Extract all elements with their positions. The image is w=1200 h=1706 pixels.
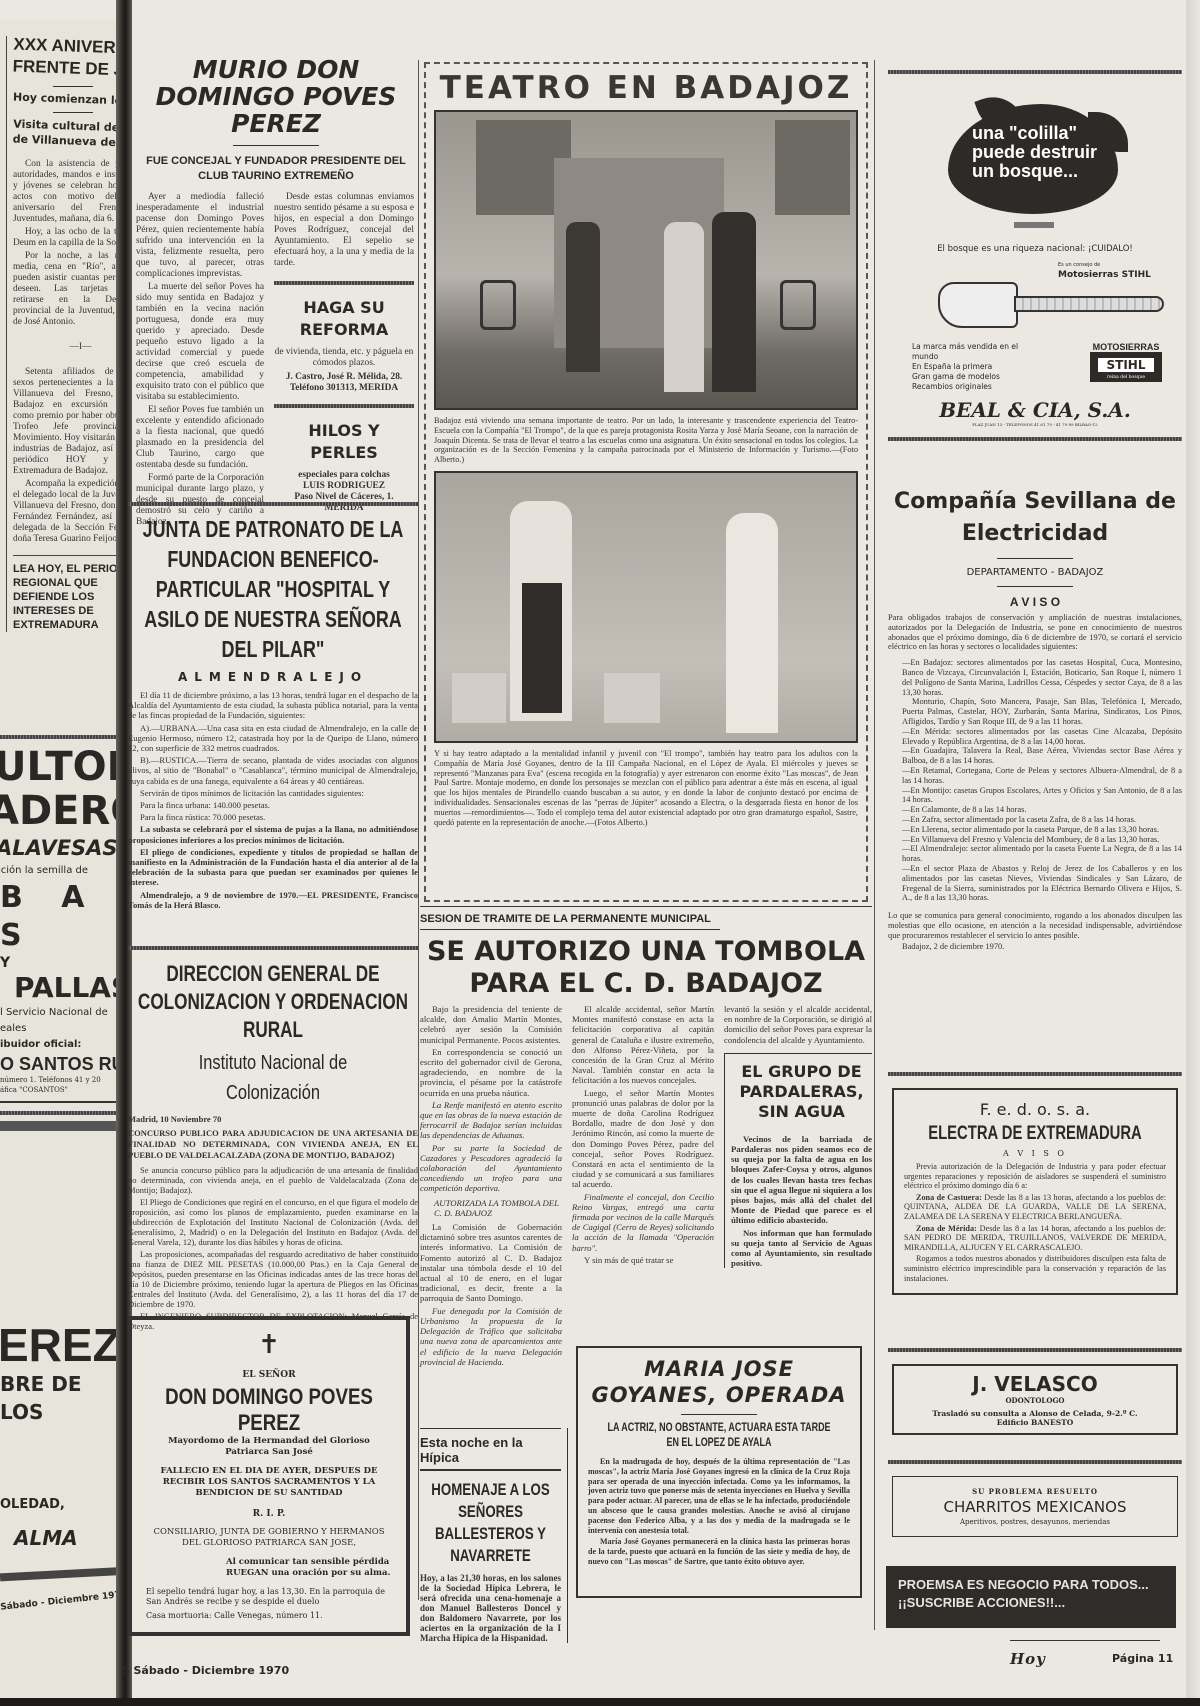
tombola-article: SESION DE TRAMITE DE LA PERMANENTE MUNIC… — [420, 906, 872, 1369]
aniversario-kicker: Hoy comienzan los actos — [13, 91, 120, 109]
fedosa-notice: F. e. d. o. s. a. ELECTRA DE EXTREMADURA… — [888, 1072, 1182, 1295]
page-number: Página 11 — [1112, 1652, 1173, 1665]
left-bottom-fragment: EREZ BRE DE LOS OLEDAD, ALMA Sábado - Di… — [0, 1320, 120, 1606]
divider — [681, 1414, 757, 1415]
footer-rule — [1010, 1640, 1160, 1641]
divider — [128, 502, 418, 506]
poves-columns: Ayer a mediodía falleció inesperadamente… — [136, 192, 416, 530]
aniversario-subhead: Visita cultural de jóvenes de Villanueva… — [13, 117, 120, 152]
pardaleras-article: EL GRUPO DE PARDALERAS, SIN AGUA Vecinos… — [724, 1053, 872, 1269]
goyanes-subhead: LA ACTRIZ, NO OBSTANTE, ACTUARA ESTA TAR… — [601, 1421, 837, 1451]
junta-article: JUNTA DE PATRONATO DE LA FUNDACION BENEF… — [128, 502, 418, 912]
paragraph: Por su parte la Sociedad de Cazadores y … — [420, 1143, 562, 1194]
sevillana-headline: Compañía Sevillana de Electricidad — [888, 486, 1182, 550]
ad-fragment-text: ADERO — [0, 789, 120, 833]
list-item: —En Montijo: casetas Grupos Escolares, A… — [902, 786, 1182, 806]
paragraph: Ayer a mediodía falleció inesperadamente… — [136, 192, 264, 280]
chair — [480, 280, 516, 330]
list-item: —En Mérida: sectores alimentados por las… — [902, 727, 1182, 747]
theater-photo-2 — [434, 471, 858, 743]
fragment-text: EREZ — [0, 1320, 120, 1370]
list-item: —En Zafra, sector alimentado por la case… — [902, 815, 1182, 825]
velasco-box: J. VELASCO ODONTOLOGO Trasladó su consul… — [892, 1364, 1178, 1435]
goyanes-body: En la madrugada de hoy, después de la úl… — [588, 1457, 850, 1567]
junta-headline: JUNTA DE PATRONATO DE LA FUNDACION BENEF… — [137, 514, 410, 664]
paragraph: A).—URBANA.—Una casa sita en esta ciudad… — [128, 723, 418, 754]
ad-fragment-text: B A S — [0, 879, 120, 955]
lea-hoy-box: LEA HOY, EL PERIODICO REGIONAL QUE DEFIE… — [13, 555, 120, 632]
list-item: Monturio, Chapín, Soto Mancera, Pasaje, … — [902, 697, 1182, 726]
tombola-columns: Bajo la presidencia del teniente de alca… — [420, 1004, 872, 1369]
paragraph: En correspondencia se conoció un escrito… — [420, 1047, 562, 1098]
teatro-section: TEATRO EN BADAJOZ Badajoz está viviendo … — [424, 62, 868, 902]
aniversario-headline: XXX ANIVERSARIO DEL FRENTE DE JUVENTUDES — [12, 34, 120, 83]
paragraph: Hoy, a las ocho de la tarde, Te Deum en … — [13, 227, 120, 249]
separator: —I— — [13, 342, 120, 353]
paragraph: La subasta se celebrará por el sistema d… — [128, 824, 418, 844]
ad-fragment-text: ición la semilla de — [0, 863, 120, 879]
colonizacion-headline: DIRECCION GENERAL DE COLONIZACION Y ORDE… — [137, 960, 410, 1044]
paragraph: Por la noche, a las nueve y media, cena … — [13, 251, 120, 328]
colonizacion-title: CONCURSO PUBLICO PARA ADJUDICACION DE UN… — [128, 1128, 418, 1161]
chainsaw-graphic: Es un consejo de Motosierras STIHL — [888, 260, 1182, 338]
proemsa-ad: PROEMSA ES NEGOCIO PARA TODOS... ¡¡SUSCR… — [886, 1566, 1176, 1628]
paragraph: El alcalde accidental, señor Martín Mont… — [572, 1004, 714, 1086]
dealer: BEAL & CIA, S.A. PLAZ JUAN 13 - TELEFONO… — [888, 398, 1182, 427]
fedosa-box: F. e. d. o. s. a. ELECTRA DE EXTREMADURA… — [892, 1088, 1178, 1295]
hilos-text: especiales para colchas — [274, 470, 414, 481]
left-page-strip: XXX ANIVERSARIO DEL FRENTE DE JUVENTUDES… — [0, 20, 120, 1700]
hilos-name: LUIS RODRIGUEZ — [274, 481, 414, 492]
divider — [128, 946, 418, 950]
colonizacion-subhead: Instituto Nacional de Colonización — [154, 1048, 392, 1108]
feature-item: Recambios originales — [912, 382, 1022, 392]
list-item: —En el sector Plaza de Abastos y Reloj d… — [902, 864, 1182, 903]
sevillana-closing: Lo que se comunica para general conocimi… — [888, 911, 1182, 940]
stihl-features: La marca más vendida en el mundo En Espa… — [912, 342, 1022, 392]
paragraph: Nos informan que han formulado su queja … — [731, 1228, 872, 1269]
dealer-address: PLAZ JUAN 13 - TELEFONOS 41 61 75 - 41 7… — [888, 422, 1182, 427]
paragraph: Y sin más de qué tratar se — [572, 1255, 714, 1265]
ad-fragment-text: ULTOR- — [0, 745, 120, 789]
column-divider — [418, 60, 419, 1600]
dealer-name: BEAL & CIA, S.A. — [888, 398, 1182, 422]
paragraph: La Renfe manifestó en atento escrito que… — [420, 1100, 562, 1141]
poves-col2: Desde estas columnas enviamos nuestro se… — [274, 192, 414, 530]
stihl-logo: MOTOSIERRAS STIHL reina del bosque — [1090, 342, 1162, 392]
poves-col1: Ayer a mediodía falleció inesperadamente… — [136, 192, 264, 530]
logo-top: MOTOSIERRAS — [1090, 342, 1162, 352]
paragraph: Rogamos a todos nuestros abonados y dist… — [904, 1254, 1166, 1283]
esquela-family: CONSILIARIO, JUNTA DE GOBIERNO Y HERMANO… — [146, 1527, 392, 1549]
reforma-ad: HAGA SU REFORMA de vivienda, tienda, etc… — [274, 285, 414, 404]
paragraph: La Comisión de Gobernación dictaminó sob… — [420, 1222, 562, 1304]
fedosa-body: Previa autorización de la Delegación de … — [904, 1162, 1166, 1283]
flame-graphic: una "colilla" puede destruir un bosque..… — [888, 94, 1182, 244]
logo-box: STIHL reina del bosque — [1090, 352, 1162, 382]
actress-figure — [726, 513, 778, 733]
esquela-role: Mayordomo de la Hermandad del Glorioso P… — [146, 1436, 392, 1458]
ad-fragment-text: eales — [0, 1021, 120, 1037]
paragraph: El señor Poves fue también un excelente … — [136, 405, 264, 471]
divider — [420, 1469, 561, 1471]
sevillana-intro: Para obligados trabajos de conservación … — [888, 613, 1182, 652]
esquela-name: DON DOMINGO POVES PEREZ — [147, 1384, 390, 1436]
paragraph: Setenta afiliados de ambos sexos pertene… — [13, 367, 120, 477]
ad-fragment-text: número 1. Teléfonos 41 y 20 — [0, 1075, 120, 1085]
tombola-headline: SE AUTORIZO UNA TOMBOLA PARA EL C. D. BA… — [420, 936, 872, 1000]
tombola-kicker: SESION DE TRAMITE DE LA PERMANENTE MUNIC… — [420, 907, 720, 930]
paragraph: Bajo la presidencia del teniente de alca… — [420, 1004, 562, 1045]
stage-block — [452, 673, 506, 723]
fragment-text: ALMA — [14, 1524, 120, 1552]
paragraph: Fue denegada por la Comisión de Urbanism… — [420, 1306, 562, 1367]
sevillana-dept: DEPARTAMENTO - BADAJOZ — [888, 567, 1182, 578]
cross-icon: ✝ — [146, 1330, 392, 1360]
logo-sub: reina del bosque — [1090, 375, 1162, 380]
pardaleras-body: Vecinos de la barriada de Pardaleras nos… — [731, 1134, 872, 1269]
stage-block — [604, 673, 660, 723]
tombola-col2: El alcalde accidental, señor Martín Mont… — [572, 1004, 714, 1369]
list-item: —En Calamonte, de 8 a las 14 horas. — [902, 805, 1182, 815]
left-ad-fragment: ULTOR- ADERO ALAVESAS ición la semilla d… — [0, 735, 120, 1131]
teatro-caption-1: Badajoz está viviendo una semana importa… — [434, 416, 858, 465]
charritos-kicker: SU PROBLEMA RESUELTO — [899, 1487, 1171, 1496]
esquela-house: Casa mortuoria: Calle Venegas, número 11… — [146, 1611, 392, 1621]
paragraph: En la madrugada de hoy, después de la úl… — [588, 1457, 850, 1535]
fragment-text: LOS — [0, 1398, 120, 1426]
paragraph: El día 11 de diciembre próximo, a las 13… — [128, 690, 418, 721]
charritos-ad: SU PROBLEMA RESUELTO CHARRITOS MEXICANOS… — [888, 1460, 1182, 1537]
paragraph: María José Goyanes permanecerá en la clí… — [588, 1537, 850, 1566]
stihl-ad: una "colilla" puede destruir un bosque..… — [888, 70, 1182, 441]
esquela-burial: El sepelio tendrá lugar hoy, a las 13,30… — [146, 1587, 392, 1607]
divider — [997, 586, 1073, 587]
esquela-died: FALLECIO EN EL DIA DE AYER, DESPUES DE R… — [146, 1466, 392, 1499]
charritos-box: SU PROBLEMA RESUELTO CHARRITOS MEXICANOS… — [892, 1476, 1178, 1537]
paragraph: Se anuncia concurso público para la adju… — [128, 1165, 418, 1195]
poves-article: MURIO DON DOMINGO POVES PEREZ FUE CONCEJ… — [136, 56, 416, 530]
newspaper-logo: Hoy — [1010, 1650, 1046, 1668]
paragraph: B).—RUSTICA.—Tierra de secano, plantada … — [128, 755, 418, 786]
logo-text: STIHL — [1098, 358, 1154, 372]
subheading: AUTORIZADA LA TOMBOLA DEL C. D. BADAJOZ — [434, 1198, 562, 1218]
junta-body: El día 11 de diciembre próximo, a las 13… — [128, 690, 418, 910]
paragraph: Luego, el señor Martín Montes pronunció … — [572, 1088, 714, 1190]
stihl-details: La marca más vendida en el mundo En Espa… — [888, 338, 1182, 392]
hipica-article: Esta noche en la Hípica HOMENAJE A LOS S… — [420, 1428, 568, 1643]
paragraph: Almendralejo, a 9 de noviembre de 1970.—… — [128, 890, 418, 910]
velasco-name: J. VELASCO — [900, 1372, 1170, 1396]
sevillana-aviso: A V I S O — [888, 595, 1182, 609]
divider — [997, 558, 1073, 559]
reforma-title: HAGA SU REFORMA — [274, 297, 414, 341]
tapestry — [775, 120, 850, 215]
reforma-contact: J. Castro, José R. Mélida, 28. Teléfono … — [274, 372, 414, 394]
page-bottom-edge — [0, 1698, 1200, 1706]
paragraph: La muerte del señor Poves ha sido muy se… — [136, 282, 264, 403]
fragment-text: OLEDAD, — [0, 1496, 120, 1514]
list-item: —En Guadajira, Talavera la Real, Base Aé… — [902, 746, 1182, 766]
paragraph: Desde estas columnas enviamos nuestro se… — [274, 192, 414, 269]
list-item: —En Badajoz: sectores alimentados por la… — [902, 658, 1182, 697]
obituary-notice: ✝ EL SEÑOR DON DOMINGO POVES PEREZ Mayor… — [128, 1316, 410, 1636]
poves-col2-text: Desde estas columnas enviamos nuestro se… — [274, 192, 414, 269]
paragraph: El pliego de condiciones, expediente y t… — [128, 847, 418, 888]
divider — [53, 86, 93, 87]
paragraph: Acompaña la expedición juvenil el delega… — [13, 479, 120, 545]
paragraph: Para la finca rústica: 70.000 pesetas. — [128, 812, 418, 822]
ad-fragment-text: Y — [0, 955, 120, 971]
poves-subhead: FUE CONCEJAL Y FUNDADOR PRESIDENTE DEL C… — [136, 154, 416, 184]
cigarette-icon — [1014, 222, 1054, 228]
velasco-role: ODONTOLOGO — [900, 1396, 1170, 1405]
page-edge — [1186, 0, 1200, 1706]
paragraph: Las proposiciones, acompañadas del resgu… — [128, 1249, 418, 1309]
zone-label: Zona de Castuera: — [916, 1193, 982, 1202]
advice-small: Es un consejo de — [1058, 262, 1100, 268]
hipica-kicker: Esta noche en la Hípica — [420, 1429, 561, 1469]
theater-photo-1 — [434, 110, 858, 410]
hipica-headline: HOMENAJE A LOS SEÑORES BALLESTEROS Y NAV… — [425, 1479, 557, 1567]
feature-item: La marca más vendida en el mundo — [912, 342, 1022, 362]
goyanes-article: MARIA JOSE GOYANES, OPERADA LA ACTRIZ, N… — [576, 1346, 862, 1598]
list-item: —En Retamal, Cortegana, Corte de Peleas … — [902, 766, 1182, 786]
flame-line: una "colilla" — [972, 124, 1097, 143]
feature-item: Gran gama de modelos — [912, 372, 1022, 382]
paragraph: Para la finca urbana: 140.000 pesetas. — [128, 800, 418, 810]
divider — [53, 112, 93, 113]
list-item: —En Villanueva del Fresno y Valencia del… — [902, 835, 1182, 845]
charritos-name: CHARRITOS MEXICANOS — [899, 1498, 1171, 1516]
colonizacion-article: DIRECCION GENERAL DE COLONIZACION Y ORDE… — [128, 946, 418, 1333]
paragraph: Con la asistencia de primeras autoridade… — [13, 159, 120, 225]
sevillana-notice: Compañía Sevillana de Electricidad DEPAR… — [888, 486, 1182, 952]
paragraph: Servirán de tipos mínimos de licitación … — [128, 788, 418, 798]
colonizacion-dateline: Madrid, 10 Noviembre 70 — [128, 1114, 418, 1125]
left-page-footer: Sábado - Diciembre 1970 — [0, 1589, 120, 1613]
actress-figure — [664, 222, 704, 392]
velasco-text: Trasladó su consulta a Alonso de Celada,… — [900, 1409, 1170, 1427]
flame-line: un bosque... — [972, 162, 1097, 181]
esquela-request: Al comunicar tan sensible pérdida RUEGAN… — [226, 1557, 392, 1579]
chainsaw-body-icon — [938, 282, 1018, 328]
divider — [0, 1567, 120, 1582]
fedosa-headline: ELECTRA DE EXTREMADURA — [925, 1123, 1145, 1145]
pardaleras-headline: EL GRUPO DE PARDALERAS, SIN AGUA — [731, 1062, 872, 1122]
zone-label: Zona de Mérida: — [916, 1224, 977, 1233]
hipica-text: Hoy, a las 21,30 horas, en los salones d… — [420, 1573, 561, 1643]
paragraph: Finalmente el concejal, don Cecilio Rein… — [572, 1192, 714, 1253]
reforma-text: de vivienda, tienda, etc. y páguela en c… — [274, 347, 414, 369]
divider — [888, 1072, 1182, 1076]
aniversario-body: Con la asistencia de primeras autoridade… — [13, 159, 120, 545]
divider — [0, 1121, 120, 1131]
column-divider — [874, 60, 875, 1630]
headline-line: FRENTE DE JUVENTUDES — [12, 56, 120, 83]
velasco-ad: J. VELASCO ODONTOLOGO Trasladó su consul… — [888, 1348, 1182, 1435]
sevillana-items: —En Badajoz: sectores alimentados por la… — [888, 658, 1182, 903]
fedosa-brand: F. e. d. o. s. a. — [904, 1100, 1166, 1119]
paragraph: levantó la sesión y el alcalde accidenta… — [724, 1004, 872, 1045]
divider — [0, 735, 120, 739]
teatro-caption-2: Y si hay teatro adaptado a la mentalidad… — [434, 749, 858, 827]
lea-hoy-text: LEA HOY, EL PERIODICO REGIONAL QUE DEFIE… — [13, 562, 120, 632]
chair — [780, 280, 816, 330]
divider — [888, 1460, 1182, 1464]
list-item: —El Almendralejo: sector alimentado por … — [902, 844, 1182, 864]
goyanes-headline: MARIA JOSE GOYANES, OPERADA — [588, 1356, 850, 1408]
ad-fragment-text: áfica "COSANTOS" — [0, 1085, 120, 1095]
ad-fragment-text: ALAVESAS — [0, 833, 120, 863]
newspaper-page: XXX ANIVERSARIO DEL FRENTE DE JUVENTUDES… — [0, 0, 1200, 1706]
tombola-col3: levantó la sesión y el alcalde accidenta… — [724, 1004, 872, 1369]
stihl-slogan: El bosque es una riqueza nacional: ¡CUID… — [888, 244, 1182, 254]
esquela-rip: R. I. P. — [146, 1509, 392, 1519]
divider — [888, 70, 1182, 74]
poves-headline: MURIO DON DOMINGO POVES PEREZ — [136, 56, 416, 137]
flame-line: puede destruir — [972, 143, 1097, 162]
divider — [0, 1111, 120, 1115]
fedosa-aviso: A V I S O — [904, 1149, 1166, 1158]
tombola-col1: Bajo la presidencia del teniente de alca… — [420, 1004, 562, 1369]
divider — [0, 1101, 120, 1103]
actor-trousers — [522, 583, 562, 713]
flame-text: una "colilla" puede destruir un bosque..… — [972, 124, 1097, 181]
junta-place: ALMENDRALEJO — [128, 670, 418, 684]
proemsa-text: PROEMSA ES NEGOCIO PARA TODOS... ¡¡SUSCR… — [898, 1576, 1164, 1612]
actor-figure — [712, 212, 756, 392]
page-date: 5 Sábado - Diciembre 1970 — [122, 1664, 289, 1677]
divider — [888, 1348, 1182, 1352]
esquela-title: EL SEÑOR — [146, 1370, 392, 1380]
ad-fragment-text: ibuidor oficial: — [0, 1037, 120, 1053]
hilos-title: HILOS Y PERLES — [274, 420, 414, 464]
charritos-text: Aperitivos, postres, desayunos, merienda… — [899, 1518, 1171, 1526]
divider — [888, 437, 1182, 441]
ad-fragment-text: O SANTOS RUIZ — [0, 1053, 120, 1075]
ad-fragment-text: PALLAS — [14, 971, 120, 1005]
list-item: —En Llerena, sector alimentado por la ca… — [902, 825, 1182, 835]
ad-fragment-text: l Servicio Nacional de — [0, 1005, 120, 1021]
subhead-line: de Villanueva del Fresno — [13, 132, 120, 152]
advice-brand: Motosierras STIHL — [1058, 270, 1151, 280]
paragraph: Vecinos de la barriada de Pardaleras nos… — [731, 1134, 872, 1226]
paragraph: Previa autorización de la Delegación de … — [904, 1162, 1166, 1191]
colonizacion-body: Se anuncia concurso público para la adju… — [128, 1165, 418, 1331]
aniversario-article: XXX ANIVERSARIO DEL FRENTE DE JUVENTUDES… — [6, 36, 120, 632]
paragraph: El Pliego de Condiciones que regirá en e… — [128, 1197, 418, 1247]
actor-figure — [566, 222, 600, 372]
fragment-text: BRE DE — [0, 1370, 120, 1398]
divider — [233, 145, 319, 146]
sevillana-signoff: Badajoz, 2 de diciembre 1970. — [888, 941, 1182, 952]
chainsaw-bar-icon — [1014, 296, 1164, 312]
feature-item: En España la primera — [912, 362, 1022, 372]
teatro-headline: TEATRO EN BADAJOZ — [434, 70, 858, 106]
